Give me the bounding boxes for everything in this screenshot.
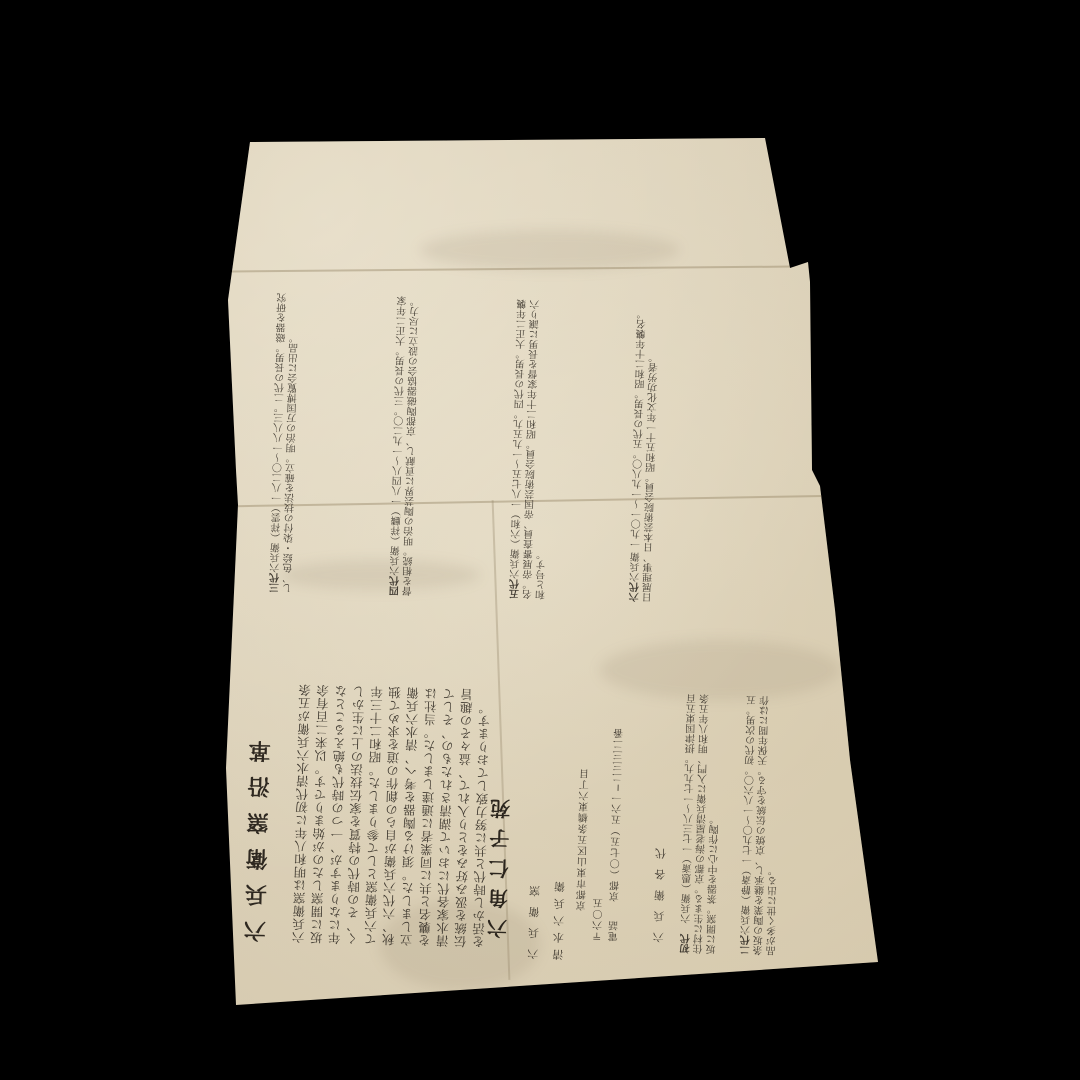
generation-5: 五代六兵衛（六和）一八七五〜一九五九。四代の長男。大正二年襲名。帝展審査員、帝国…	[509, 299, 556, 600]
maker-name: 清水六兵衛	[550, 875, 569, 960]
generation-6: 六代六兵衛 一九〇一〜一九八〇。五代の長男。昭和二十年襲名。日展理事、日本芸術院…	[629, 302, 663, 603]
photo-background: 六兵衛窯沿革 六兵衛窯は明和八年に初代清水六兵衛が五条坂に開窯したのが始まりです…	[0, 0, 1080, 1080]
generations-heading: 六兵衛各代	[650, 838, 670, 943]
intro-paragraph: 六兵衛窯は明和八年に初代清水六兵衛が五条坂に開窯したのが始まりです。以来二百有余…	[290, 673, 457, 947]
kiln-name: 六兵衛窯	[525, 876, 544, 960]
leaflet-text: 六兵衛窯沿革 六兵衛窯は明和八年に初代清水六兵衛が五条坂に開窯したのが始まりです…	[239, 142, 861, 987]
brand-name: 六角仁子苑	[490, 789, 511, 939]
generation-4: 四代六兵衛（祥麟）一八四八〜一九二〇。三代の長男。大正二年家督を相続。明治の陶芸…	[389, 296, 423, 597]
phone-label: 電話	[608, 920, 623, 942]
generation-1: 初代六兵衛（愚斎）一七三八〜一七九九。摂津国東五百住村に生まる。京都の海老屋清兵…	[680, 694, 726, 955]
generation-3: 三代六兵衛（祥雲）一八二〇〜一八八三。二代の長男。磁器を研究し、色絵・染付の技法…	[269, 293, 303, 594]
document-title: 六兵衛窯沿革	[248, 726, 271, 942]
maker-address: 京都市東山区五条橋東六丁目	[576, 768, 594, 911]
postal-code: 〒六〇五	[592, 897, 607, 941]
phone-number: 京都（〇七五）五六一−二三三二番	[609, 727, 628, 902]
generation-2: 二代六兵衛（静斎）一七九〇〜一八六〇。初代の次男。五条坂の陶業を継承し、京焼の伝…	[740, 695, 786, 956]
